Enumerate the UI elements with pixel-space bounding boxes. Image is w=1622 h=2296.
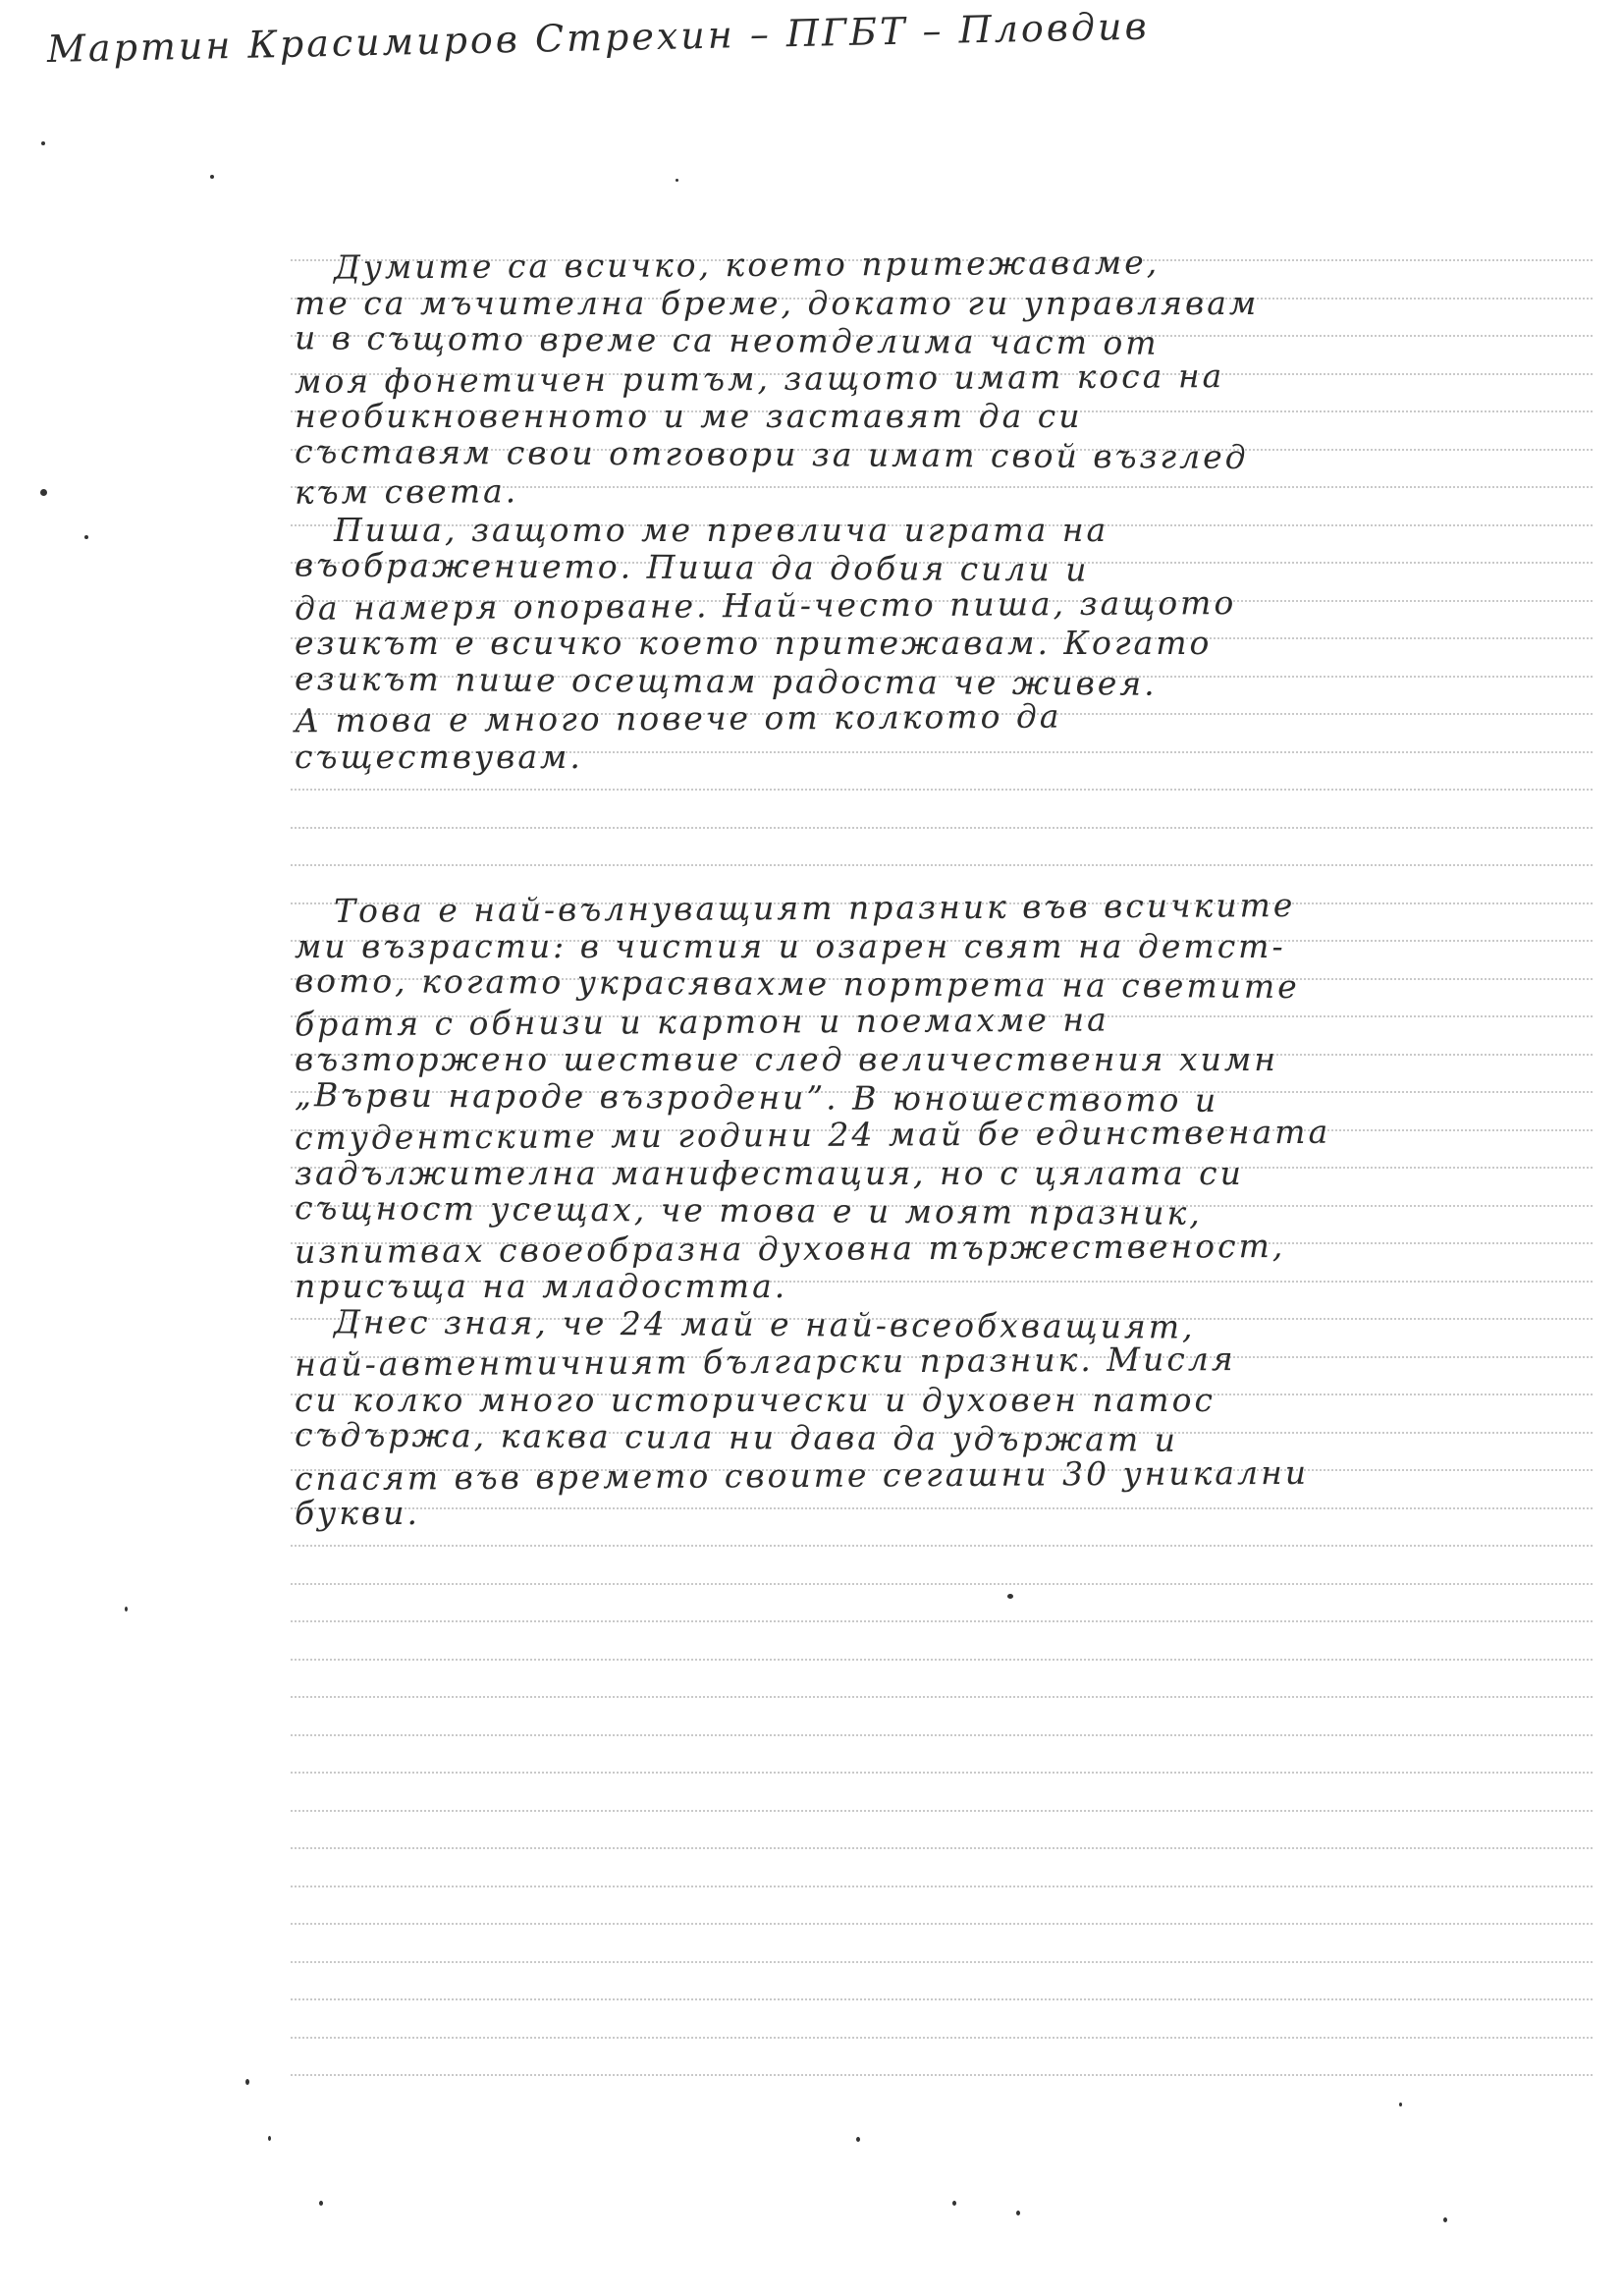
handwritten-line: най-автентичният български празник. Мисл… [295, 1339, 1236, 1384]
handwritten-line: вото, когато украсявахме портрета на све… [295, 961, 1300, 1006]
handwritten-line: Това е най-вълнуващият празник във всичк… [334, 886, 1296, 930]
scan-speck [1016, 2211, 1020, 2215]
rule-line [291, 864, 1593, 866]
rule-line [291, 1961, 1593, 1963]
handwritten-line: необикновенното и ме заставят да си [295, 397, 1082, 435]
handwritten-line: „Върви народе възродени”. В юношеството … [295, 1075, 1218, 1120]
rule-line [291, 1659, 1593, 1661]
rule-line [291, 1886, 1593, 1887]
handwritten-line: братя с обнизи и картон и поемахме на [295, 1000, 1109, 1043]
rule-line [291, 1507, 1593, 1509]
handwritten-line: съществувам. [295, 738, 583, 776]
handwritten-line: съдържа, каква сила ни дава да удържат и [295, 1415, 1178, 1458]
scan-speck [84, 535, 88, 539]
scanned-page: Мартин Красимиров Стрехин – ПГБТ – Пловд… [0, 0, 1622, 2296]
handwritten-line: А това е много повече от колкото да [295, 697, 1062, 740]
rule-line [291, 789, 1593, 791]
rule-line [291, 1998, 1593, 2000]
scan-speck [1007, 1594, 1013, 1599]
rule-line [291, 1923, 1593, 1925]
handwritten-line: и в същото време са неотделима част от [295, 318, 1160, 361]
scan-speck [676, 179, 678, 182]
handwritten-line: езикът пише осещтам радоста че живея. [295, 659, 1158, 702]
handwritten-line: Пиша, защото ме превлича играта на [334, 511, 1108, 549]
author-header: Мартин Красимиров Стрехин – ПГБТ – Пловд… [47, 4, 1150, 71]
scan-speck [41, 141, 45, 145]
rule-line [291, 1847, 1593, 1849]
scan-speck [1399, 2103, 1402, 2106]
scan-speck [319, 2201, 323, 2206]
rule-line [291, 2074, 1593, 2076]
scan-speck [210, 175, 214, 179]
scan-speck [40, 489, 47, 496]
rule-line [291, 1583, 1593, 1585]
rule-line [291, 1772, 1593, 1774]
handwritten-line: към света. [295, 471, 518, 511]
handwritten-line: да намеря опорване. Най-често пиша, защо… [295, 583, 1237, 628]
scan-speck [856, 2137, 860, 2142]
handwritten-line: възторжено шествие след величествения хи… [295, 1040, 1278, 1078]
handwritten-line: си колко много исторически и духовен пат… [295, 1381, 1216, 1419]
rule-line [291, 1620, 1593, 1622]
scan-speck [952, 2201, 956, 2206]
handwritten-line: ми възрасти: в чистия и озарен свят на д… [295, 927, 1286, 965]
scan-speck [1443, 2217, 1447, 2222]
rule-line [291, 1734, 1593, 1736]
handwritten-line: Днес зная, че 24 май е най-всеобхващият, [334, 1302, 1196, 1345]
handwritten-line: спасят във времето своите сегашни 30 уни… [295, 1452, 1309, 1497]
handwritten-line: букви. [295, 1494, 420, 1532]
rule-line [291, 2037, 1593, 2039]
handwritten-line: изпитвах своеобразна духовна тържествено… [295, 1226, 1286, 1270]
handwritten-line: съставям свои отговори за имат свой възг… [295, 432, 1249, 476]
handwritten-line: Думите са всичко, което притежаваме, [334, 243, 1160, 286]
scan-speck [268, 2136, 271, 2141]
handwritten-line: те са мъчителна бреме, докато ги управля… [295, 284, 1259, 322]
rule-line [291, 1696, 1593, 1698]
scan-speck [125, 1607, 128, 1612]
rule-line [291, 1545, 1593, 1547]
handwritten-line: езикът е всичко което притежавам. Когато [295, 624, 1212, 662]
handwritten-line: студентските ми години 24 май бе единств… [295, 1113, 1330, 1157]
handwritten-line: присъща на младостта. [295, 1267, 787, 1305]
scan-speck [245, 2079, 249, 2085]
rule-line [291, 1810, 1593, 1812]
handwritten-line: въображението. Пиша да добия сили и [295, 546, 1090, 589]
rule-line [291, 827, 1593, 829]
handwritten-line: моя фонетичен ритъм, защото имат коса на [295, 356, 1225, 401]
handwritten-line: същност усещах, че това е и моят празник… [295, 1188, 1203, 1232]
handwritten-line: задължителна манифестация, но с цялата с… [295, 1154, 1244, 1192]
